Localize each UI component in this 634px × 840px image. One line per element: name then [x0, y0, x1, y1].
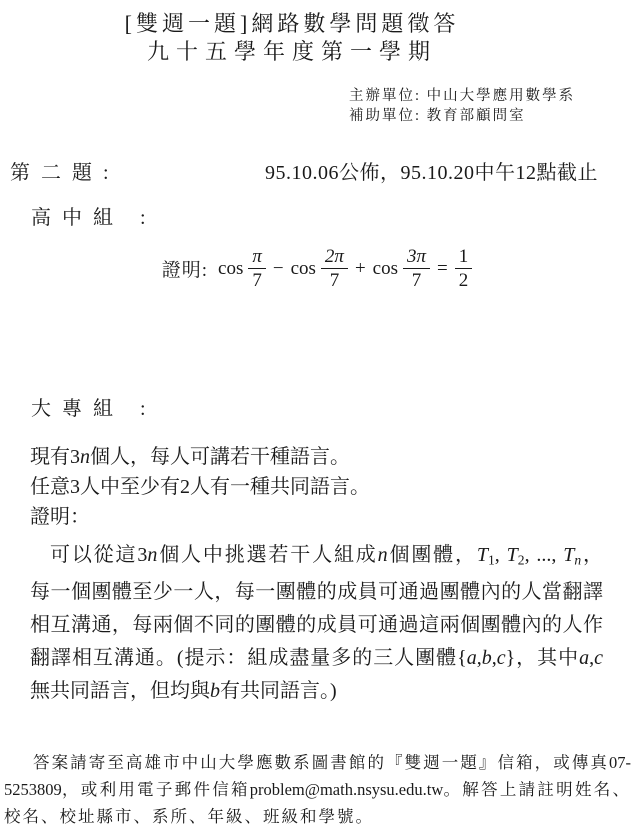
college-group-label: 大專組 :	[31, 392, 157, 421]
text-line: 相互溝通，每兩個不同的團體的成員可通過這兩個團體內的人作	[30, 609, 603, 642]
text-segment: b	[482, 647, 492, 669]
fraction-denominator: 7	[403, 268, 430, 290]
organizer-host-line: 主辦單位: 中山大學應用數學系	[349, 86, 575, 106]
text-segment: n	[378, 544, 388, 566]
text-segment: a	[467, 647, 477, 669]
text-segment: 。解答上請註明姓名、	[443, 780, 631, 799]
text-line: 翻譯相互溝通。(提示：組成盡量多的三人團體{a,b,c}，其中a,c	[30, 642, 603, 675]
problem-number-label: 第二題:	[10, 156, 120, 185]
cos-function-3: cos	[373, 258, 398, 280]
fraction-denominator: 7	[248, 268, 266, 290]
minus-operator: −	[273, 258, 284, 280]
text-segment: 每一個團體至少一人，每一團體的成員可通過團體內的人當翻譯	[30, 581, 603, 603]
text-segment: 個人中挑選若干人組成	[157, 544, 377, 566]
text-segment: 翻譯相互溝通。(提示：組成盡量多的三人團體{	[30, 647, 467, 669]
text-segment: 1	[488, 552, 495, 567]
text-segment: problem@math.nsysu.edu.tw	[250, 780, 443, 799]
problem-schedule: 95.10.06公佈，95.10.20中午12點截止	[265, 156, 598, 185]
text-segment: , ...,	[525, 544, 564, 566]
fraction-3pi-over-7: 3π 7	[403, 247, 430, 290]
text-segment: 無共同語言，但均與	[30, 680, 210, 702]
text-line: 校名、校址縣市、系所、年級、班級和學號。	[4, 803, 631, 830]
text-segment: 個人，每人可講若干種語言。	[90, 446, 350, 468]
organizer-block: 主辦單位: 中山大學應用數學系 補助單位: 教育部顧問室	[349, 86, 575, 126]
text-line: 答案請寄至高雄市中山大學應數系圖書館的『雙週一題』信箱，或傳真07-	[4, 749, 631, 776]
text-segment: n	[80, 446, 90, 468]
text-segment: 2	[518, 552, 525, 567]
text-line: 5253809，或利用電子郵件信箱problem@math.nsysu.edu.…	[4, 776, 631, 803]
text-segment: 5253809	[4, 780, 62, 799]
text-segment: 可以從這3	[50, 544, 147, 566]
text-line: 可以從這3n個人中挑選若干人組成n個團體，T1, T2, ..., Tn，	[30, 539, 603, 576]
plus-operator: +	[355, 258, 366, 280]
text-line: 現有3n個人，每人可講若干種語言。	[30, 442, 605, 472]
highschool-formula: 證明: cos π 7 − cos 2π 7 + cos 3π 7 = 1 2	[0, 247, 634, 290]
text-segment: ,	[495, 544, 507, 566]
text-line: 無共同語言，但均與b有共同語言。)	[30, 675, 603, 708]
text-segment: 答案請寄至高雄市中山大學應數系圖書館的『雙週一題』信箱，或傳真	[33, 753, 609, 772]
title-line-2: 九十五學年度第一學期	[0, 38, 584, 66]
text-segment: c	[497, 647, 506, 669]
formula-prefix: 證明:	[162, 255, 208, 282]
text-segment: c	[594, 647, 603, 669]
college-intro: 現有3n個人，每人可講若干種語言。任意3人中至少有2人有一種共同語言。證明：	[30, 442, 605, 532]
text-segment: 07-	[609, 753, 631, 772]
text-line: 任意3人中至少有2人有一種共同語言。	[30, 472, 605, 502]
text-segment: T	[563, 544, 574, 566]
highschool-group-label: 高中組 :	[31, 201, 157, 230]
text-line: 證明：	[30, 502, 605, 532]
title-line-1: [雙週一題]網路數學問題徵答	[0, 10, 584, 38]
fraction-pi-over-7: π 7	[248, 247, 266, 290]
text-segment: }，其中	[506, 647, 580, 669]
cos-function-2: cos	[291, 258, 316, 280]
text-segment: ，	[581, 544, 603, 566]
fraction-numerator: 3π	[403, 247, 430, 268]
text-segment: 相互溝通，每兩個不同的團體的成員可通過這兩個團體內的人作	[30, 614, 603, 636]
cos-function-1: cos	[218, 258, 243, 280]
text-line: 每一個團體至少一人，每一團體的成員可通過團體內的人當翻譯	[30, 576, 603, 609]
footer-note: 答案請寄至高雄市中山大學應數系圖書館的『雙週一題』信箱，或傳真07-525380…	[4, 749, 631, 830]
text-segment: 任意3人中至少有2人有一種共同語言。	[30, 476, 370, 498]
text-segment: b	[210, 680, 220, 702]
fraction-denominator: 2	[455, 268, 473, 290]
fraction-numerator: π	[248, 247, 266, 268]
text-segment: ，或利用電子郵件信箱	[62, 780, 250, 799]
document-title: [雙週一題]網路數學問題徵答 九十五學年度第一學期	[0, 10, 584, 66]
text-segment: T	[477, 544, 488, 566]
document-page: [雙週一題]網路數學問題徵答 九十五學年度第一學期 主辦單位: 中山大學應用數學…	[0, 0, 634, 840]
equals-sign: =	[437, 258, 448, 280]
text-segment: T	[507, 544, 518, 566]
college-paragraph: 可以從這3n個人中挑選若干人組成n個團體，T1, T2, ..., Tn，每一個…	[30, 539, 603, 708]
problem-header-row: 第二題: 95.10.06公佈，95.10.20中午12點截止	[10, 156, 598, 185]
fraction-numerator: 2π	[321, 247, 348, 268]
text-segment: 有共同語言。)	[220, 680, 337, 702]
text-segment: 證明：	[30, 506, 90, 528]
text-segment: 校名、校址縣市、系所、年級、班級和學號。	[4, 807, 374, 826]
text-segment: 現有3	[30, 446, 80, 468]
fraction-numerator: 1	[455, 247, 473, 268]
text-segment: a	[579, 647, 589, 669]
text-segment: 個團體，	[388, 544, 477, 566]
fraction-1-over-2: 1 2	[455, 247, 473, 290]
fraction-denominator: 7	[321, 268, 348, 290]
fraction-2pi-over-7: 2π 7	[321, 247, 348, 290]
text-segment: n	[147, 544, 157, 566]
organizer-sponsor-line: 補助單位: 教育部顧問室	[349, 106, 575, 126]
